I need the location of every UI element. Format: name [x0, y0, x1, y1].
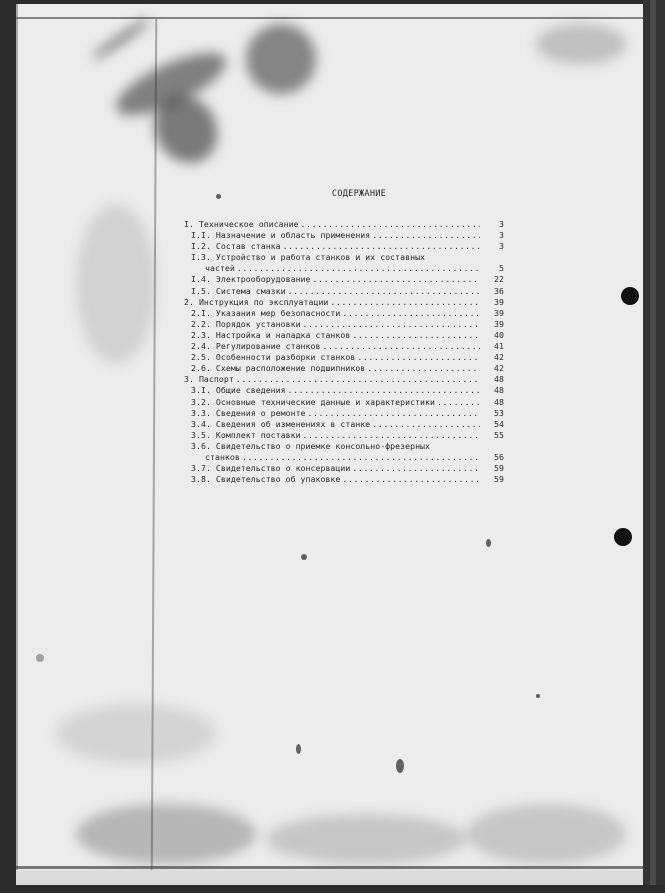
toc-entry-page: 39	[482, 308, 504, 319]
smudge	[236, 14, 326, 104]
speck	[296, 744, 301, 754]
toc-entry: 3. Паспорт48	[174, 374, 504, 385]
toc-entry-page: 39	[482, 297, 504, 308]
toc-entry-label: 3. Паспорт	[184, 374, 234, 385]
toc-entry-page: 42	[482, 352, 504, 363]
toc-entry-label: I.4. Электрооборудование	[191, 274, 311, 285]
toc-entry-page: 39	[482, 319, 504, 330]
toc-entry-label: 3.I. Общие сведения	[191, 385, 286, 396]
toc-leader-dots	[330, 297, 480, 308]
toc-leader-dots	[437, 397, 480, 408]
toc-entry-label: 2. Инструкция по эксплуатации	[184, 297, 328, 308]
toc-entry: 2.3. Настройка и наладка станков40	[174, 330, 504, 341]
toc-entry-page: 3	[482, 230, 504, 241]
toc-leader-dots	[313, 274, 480, 285]
toc-entry-page: 5	[482, 263, 504, 274]
toc-entry-page: 48	[482, 374, 504, 385]
binder-hole	[614, 528, 632, 546]
scan-frame-bottom	[0, 885, 665, 893]
toc-leader-dots	[236, 374, 480, 385]
toc-entry: 2.5. Особенности разборки станков42	[174, 352, 504, 363]
toc-entry: I.I. Назначение и область применения3	[174, 230, 504, 241]
toc-entry-label: 2.3. Настройка и наладка станков	[191, 330, 350, 341]
binder-hole	[621, 287, 639, 305]
toc-entry-label: станков	[205, 452, 240, 463]
toc-leader-dots	[367, 363, 480, 374]
toc-entry: I.2. Состав станка3	[174, 241, 504, 252]
toc-entry: I.5. Система смазки36	[174, 286, 504, 297]
toc-leader-dots	[242, 452, 480, 463]
toc-entry-page: 54	[482, 419, 504, 430]
toc-entry-label: 3.8. Свидетельство об упаковке	[191, 474, 340, 485]
toc-entry-page: 59	[482, 474, 504, 485]
toc-entry-page: 36	[482, 286, 504, 297]
speck	[36, 654, 44, 662]
toc-leader-dots	[372, 230, 480, 241]
toc-entry-page: 53	[482, 408, 504, 419]
toc-entry: 3.6. Свидетельство о приемке консольно-ф…	[174, 441, 504, 452]
toc-entry-page: 3	[482, 219, 504, 230]
toc-entry-page: 40	[482, 330, 504, 341]
toc-leader-dots	[308, 408, 480, 419]
toc-entry: 2.2. Порядок установки39	[174, 319, 504, 330]
toc-entry: I. Техническое описание3	[174, 219, 504, 230]
page-bottom-edge	[16, 866, 643, 869]
toc-leader-dots	[342, 474, 480, 485]
toc-entry-page: 48	[482, 385, 504, 396]
smudge	[76, 204, 156, 364]
toc-entry-page: 41	[482, 341, 504, 352]
toc-entry-label: 2.6. Схемы расположение подшипников	[191, 363, 365, 374]
page-left-border	[16, 4, 18, 885]
toc-entry-page: 42	[482, 363, 504, 374]
page-top-border	[16, 17, 643, 19]
toc-entry-label: 3.4. Сведения об изменениях в станке	[191, 419, 370, 430]
speck	[301, 554, 307, 560]
toc-leader-dots	[288, 286, 480, 297]
toc-leader-dots	[301, 219, 480, 230]
toc-title: СОДЕРЖАНИЕ	[214, 189, 504, 199]
toc-leader-dots	[357, 352, 480, 363]
toc-entry-label: 2.2. Порядок установки	[191, 319, 301, 330]
toc-leader-dots	[342, 308, 480, 319]
toc-leader-dots	[303, 319, 480, 330]
speck	[536, 694, 540, 698]
toc-entry-label: 2.I. Указания мер безопасности	[191, 308, 340, 319]
toc-entry: частей5	[174, 263, 504, 274]
toc-entry: 3.I. Общие сведения48	[174, 385, 504, 396]
toc-leader-dots	[283, 241, 480, 252]
scan-frame-left	[0, 0, 16, 893]
toc-leader-dots	[322, 341, 480, 352]
smudge	[89, 15, 152, 63]
toc-entry-page: 56	[482, 452, 504, 463]
toc-entry-page: 59	[482, 463, 504, 474]
toc-entry-label: 3.5. Комплект поставки	[191, 430, 301, 441]
toc-entry-page: 22	[482, 274, 504, 285]
toc-entry-label: I.3. Устройство и работа станков и их со…	[191, 252, 425, 263]
toc-entry-label: частей	[205, 263, 235, 274]
toc-entry: 3.8. Свидетельство об упаковке59	[174, 474, 504, 485]
speck	[486, 539, 491, 547]
toc-entry: I.3. Устройство и работа станков и их со…	[174, 252, 504, 263]
toc-leader-dots	[237, 263, 480, 274]
toc-leader-dots	[288, 385, 480, 396]
smudge	[76, 804, 256, 864]
toc-entry-label: I.2. Состав станка	[191, 241, 281, 252]
toc-list: I. Техническое описание3I.I. Назначение …	[174, 219, 504, 485]
scan-frame-right	[643, 0, 665, 893]
toc-entry-label: 3.2. Основные технические данные и харак…	[191, 397, 435, 408]
toc-leader-dots	[303, 430, 480, 441]
smudge	[56, 704, 216, 764]
toc-entry: 3.2. Основные технические данные и харак…	[174, 397, 504, 408]
toc-entry: 2.4. Регулирование станков41	[174, 341, 504, 352]
toc-entry: станков56	[174, 452, 504, 463]
toc-entry-page: 55	[482, 430, 504, 441]
toc-entry-label: 2.4. Регулирование станков	[191, 341, 320, 352]
toc-leader-dots	[352, 330, 480, 341]
toc-entry-page: 3	[482, 241, 504, 252]
toc-leader-dots	[372, 419, 480, 430]
toc-entry: I.4. Электрооборудование22	[174, 274, 504, 285]
toc-entry-label: I.5. Система смазки	[191, 286, 286, 297]
toc-entry-label: 2.5. Особенности разборки станков	[191, 352, 355, 363]
toc-entry-page: 48	[482, 397, 504, 408]
toc-entry: 3.4. Сведения об изменениях в станке54	[174, 419, 504, 430]
toc-entry: 3.7. Свидетельство о консервации59	[174, 463, 504, 474]
toc-entry: 2. Инструкция по эксплуатации39	[174, 297, 504, 308]
toc-entry: 3.3. Сведения о ремонте53	[174, 408, 504, 419]
smudge	[466, 804, 626, 864]
page-bottom-strip	[16, 870, 643, 885]
toc-entry-label: 3.6. Свидетельство о приемке консольно-ф…	[191, 441, 430, 452]
toc-entry-label: I. Техническое описание	[184, 219, 299, 230]
toc-entry-label: 3.3. Сведения о ремонте	[191, 408, 306, 419]
toc-entry: 2.I. Указания мер безопасности39	[174, 308, 504, 319]
toc-entry-label: 3.7. Свидетельство о консервации	[191, 463, 350, 474]
toc-entry-label: I.I. Назначение и область применения	[191, 230, 370, 241]
toc-entry: 3.5. Комплект поставки55	[174, 430, 504, 441]
table-of-contents: СОДЕРЖАНИЕ I. Техническое описание3I.I. …	[174, 189, 504, 485]
speck	[396, 759, 404, 773]
smudge	[536, 24, 626, 64]
toc-entry: 2.6. Схемы расположение подшипников42	[174, 363, 504, 374]
toc-leader-dots	[352, 463, 480, 474]
smudge	[266, 814, 466, 864]
